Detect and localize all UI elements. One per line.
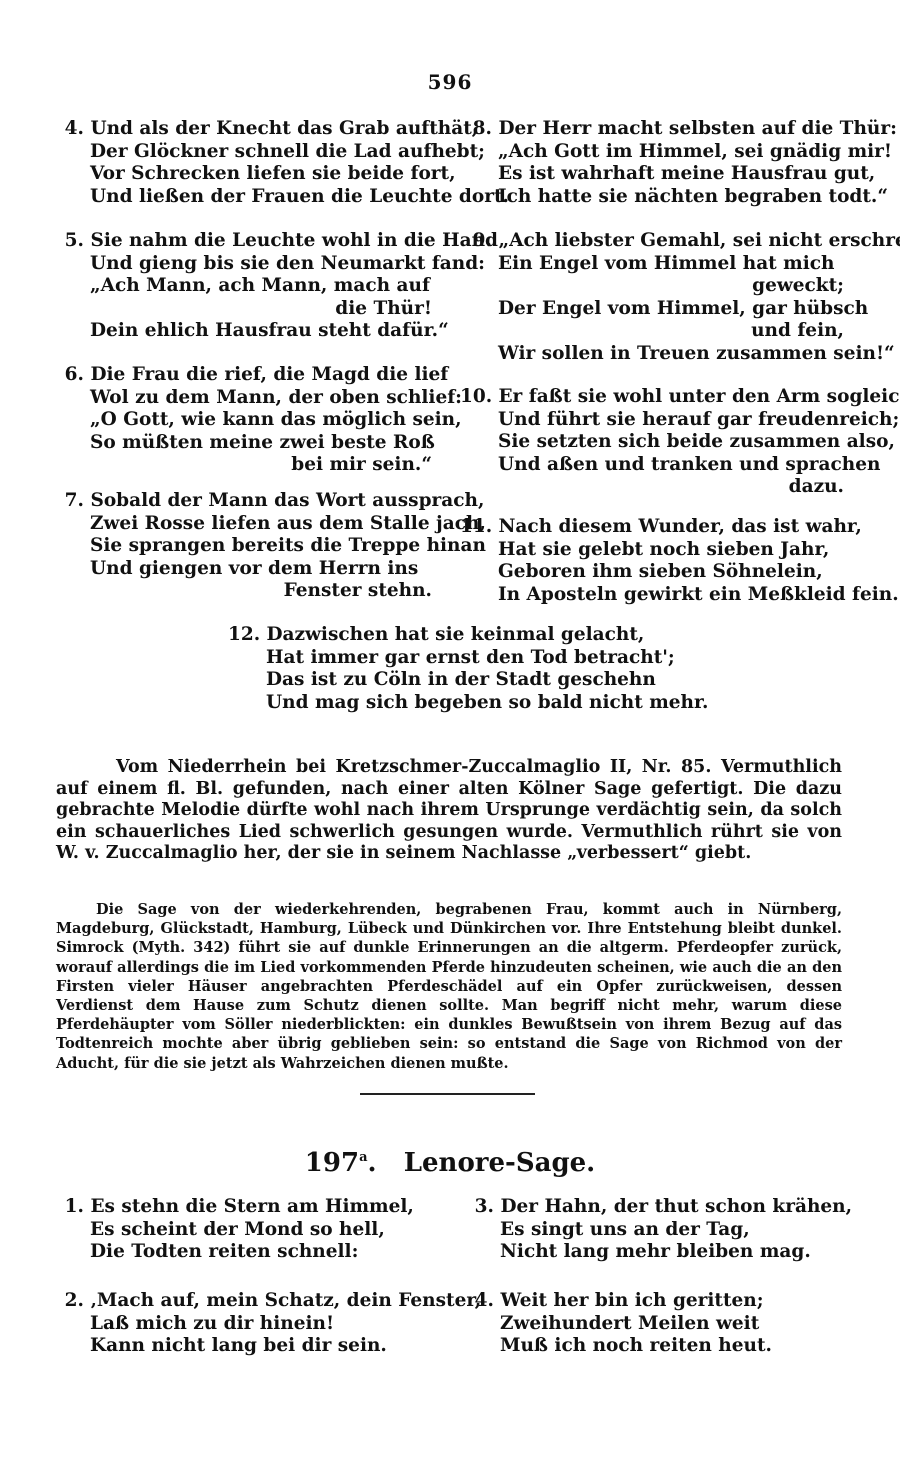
verse-line: ‚Mach auf, mein Schatz, dein Fenster, bbox=[90, 1290, 481, 1311]
commentary-text: Die Sage von der wiederkehrenden, begrab… bbox=[56, 900, 842, 1073]
section-number: 197 bbox=[305, 1148, 359, 1178]
verse-line: „Ach Gott im Himmel, sei gnädig mir! bbox=[468, 141, 844, 164]
verse-line: Und ließen der Frauen die Leuchte dort. bbox=[60, 186, 432, 209]
verse-line: Weit her bin ich geritten; bbox=[500, 1290, 763, 1311]
verse-line: Dein ehlich Hausfrau steht dafür.“ bbox=[60, 320, 432, 343]
verse-line: Und gieng bis sie den Neumarkt fand: bbox=[60, 253, 432, 276]
verse-line: Der Engel vom Himmel, gar hübsch bbox=[468, 298, 844, 321]
section-number-suffix: a bbox=[359, 1150, 367, 1165]
stanza-number: 12. bbox=[228, 624, 260, 647]
verse-line: Das ist zu Cöln in der Stadt geschehn bbox=[228, 669, 668, 692]
verse-line: Und mag sich begeben so bald nicht mehr. bbox=[228, 692, 668, 715]
stanza-4: 4. Und als der Knecht das Grab aufthät, … bbox=[60, 118, 432, 208]
verse-line: bei mir sein.“ bbox=[60, 454, 432, 477]
verse-line: Ich hatte sie nächten begraben todt.“ bbox=[468, 186, 844, 209]
stanza-number: 5. bbox=[60, 230, 84, 253]
verse-line: Hat immer gar ernst den Tod betracht'; bbox=[228, 647, 668, 670]
stanza-8: 8. Der Herr macht selbsten auf die Thür:… bbox=[468, 118, 844, 208]
verse-line: Die Todten reiten schnell: bbox=[62, 1241, 432, 1264]
verse-line: Die Frau die rief, die Magd die lief bbox=[90, 364, 448, 385]
source-note-text: Vom Niederrhein bei Kretzschmer-Zuccalma… bbox=[56, 757, 842, 865]
section-divider bbox=[360, 1093, 535, 1095]
stanza-number: 1. bbox=[62, 1196, 84, 1219]
stanza-10: 10. Er faßt sie wohl unter den Arm sogle… bbox=[460, 386, 844, 499]
lenore-stanza-4: 4. Weit her bin ich geritten; Zweihunder… bbox=[472, 1290, 842, 1358]
verse-line: Der Herr macht selbsten auf die Thür: bbox=[498, 118, 896, 139]
section-number-period: . bbox=[368, 1148, 377, 1178]
stanza-number: 6. bbox=[60, 364, 84, 387]
verse-line: dazu. bbox=[460, 476, 844, 499]
verse-line: Nach diesem Wunder, das ist wahr, bbox=[498, 516, 861, 537]
verse-line: die Thür! bbox=[60, 298, 432, 321]
verse-line: Ein Engel vom Himmel hat mich bbox=[468, 253, 844, 276]
stanza-number: 8. bbox=[468, 118, 492, 141]
verse-line: Dazwischen hat sie keinmal gelacht, bbox=[266, 624, 644, 645]
verse-line: Geboren ihm sieben Söhnelein, bbox=[460, 561, 844, 584]
stanza-9: 9. „Ach liebster Gemahl, sei nicht ersch… bbox=[468, 230, 844, 365]
verse-line: Kann nicht lang bei dir sein. bbox=[62, 1335, 442, 1358]
lenore-stanza-2: 2. ‚Mach auf, mein Schatz, dein Fenster,… bbox=[62, 1290, 442, 1358]
stanza-number: 4. bbox=[472, 1290, 494, 1313]
verse-line: Und giengen vor dem Herrn ins bbox=[60, 558, 432, 581]
stanza-number: 7. bbox=[60, 490, 84, 513]
verse-line: Es ist wahrhaft meine Hausfrau gut, bbox=[468, 163, 844, 186]
verse-line: „Ach liebster Gemahl, sei nicht erschrec… bbox=[498, 230, 900, 251]
verse-line: Laß mich zu dir hinein! bbox=[62, 1313, 442, 1336]
verse-line: Und als der Knecht das Grab aufthät, bbox=[90, 118, 478, 139]
stanza-number: 11. bbox=[460, 516, 492, 539]
verse-line: Er faßt sie wohl unter den Arm sogleich bbox=[498, 386, 900, 407]
section-title: Lenore-Sage. bbox=[404, 1148, 596, 1178]
verse-line: Wir sollen in Treuen zusammen sein!“ bbox=[468, 343, 844, 366]
stanza-number: 2. bbox=[62, 1290, 84, 1313]
verse-line: Es singt uns an der Tag, bbox=[472, 1219, 842, 1242]
verse-line: Sie setzten sich beide zusammen also, bbox=[460, 431, 844, 454]
stanza-6: 6. Die Frau die rief, die Magd die lief … bbox=[60, 364, 432, 477]
verse-line: Es scheint der Mond so hell, bbox=[62, 1219, 432, 1242]
verse-line: geweckt; bbox=[468, 275, 844, 298]
lenore-stanza-1: 1. Es stehn die Stern am Himmel, Es sche… bbox=[62, 1196, 432, 1264]
verse-line: „Ach Mann, ach Mann, mach auf bbox=[60, 275, 432, 298]
verse-line: Muß ich noch reiten heut. bbox=[472, 1335, 842, 1358]
verse-line: „O Gott, wie kann das möglich sein, bbox=[60, 409, 432, 432]
verse-line: Und führt sie herauf gar freudenreich; bbox=[460, 409, 844, 432]
verse-line: Zwei Rosse liefen aus dem Stalle jach, bbox=[60, 513, 432, 536]
verse-line: In Aposteln gewirkt ein Meßkleid fein. bbox=[460, 584, 844, 607]
verse-line: Der Glöckner schnell die Lad aufhebt; bbox=[60, 141, 432, 164]
stanza-11: 11. Nach diesem Wunder, das ist wahr, Ha… bbox=[460, 516, 844, 606]
source-note: Vom Niederrhein bei Kretzschmer-Zuccalma… bbox=[56, 757, 842, 865]
verse-line: Sie nahm die Leuchte wohl in die Hand bbox=[90, 230, 498, 251]
commentary: Die Sage von der wiederkehrenden, begrab… bbox=[56, 900, 842, 1073]
verse-line: Fenster stehn. bbox=[60, 580, 432, 603]
stanza-7: 7. Sobald der Mann das Wort aussprach, Z… bbox=[60, 490, 432, 603]
verse-line: So müßten meine zwei beste Roß bbox=[60, 432, 432, 455]
verse-line: Und aßen und tranken und sprachen bbox=[460, 454, 844, 477]
page-number: 596 bbox=[0, 70, 900, 94]
stanza-5: 5. Sie nahm die Leuchte wohl in die Hand… bbox=[60, 230, 432, 343]
lenore-stanza-3: 3. Der Hahn, der thut schon krähen, Es s… bbox=[472, 1196, 842, 1264]
verse-line: Vor Schrecken liefen sie beide fort, bbox=[60, 163, 432, 186]
verse-line: Hat sie gelebt noch sieben Jahr, bbox=[460, 539, 844, 562]
verse-line: Nicht lang mehr bleiben mag. bbox=[472, 1241, 842, 1264]
stanza-number: 4. bbox=[60, 118, 84, 141]
verse-line: Sobald der Mann das Wort aussprach, bbox=[90, 490, 484, 511]
stanza-12: 12. Dazwischen hat sie keinmal gelacht, … bbox=[228, 624, 668, 714]
stanza-number: 3. bbox=[472, 1196, 494, 1219]
stanza-number: 10. bbox=[460, 386, 492, 409]
verse-line: Der Hahn, der thut schon krähen, bbox=[500, 1196, 852, 1217]
stanza-number: 9. bbox=[468, 230, 492, 253]
section-heading: 197a. Lenore-Sage. bbox=[0, 1148, 900, 1178]
verse-line: Es stehn die Stern am Himmel, bbox=[90, 1196, 413, 1217]
verse-line: Sie sprangen bereits die Treppe hinan bbox=[60, 535, 432, 558]
verse-line: Zweihundert Meilen weit bbox=[472, 1313, 842, 1336]
verse-line: Wol zu dem Mann, der oben schlief: bbox=[60, 387, 432, 410]
verse-line: und fein, bbox=[468, 320, 844, 343]
